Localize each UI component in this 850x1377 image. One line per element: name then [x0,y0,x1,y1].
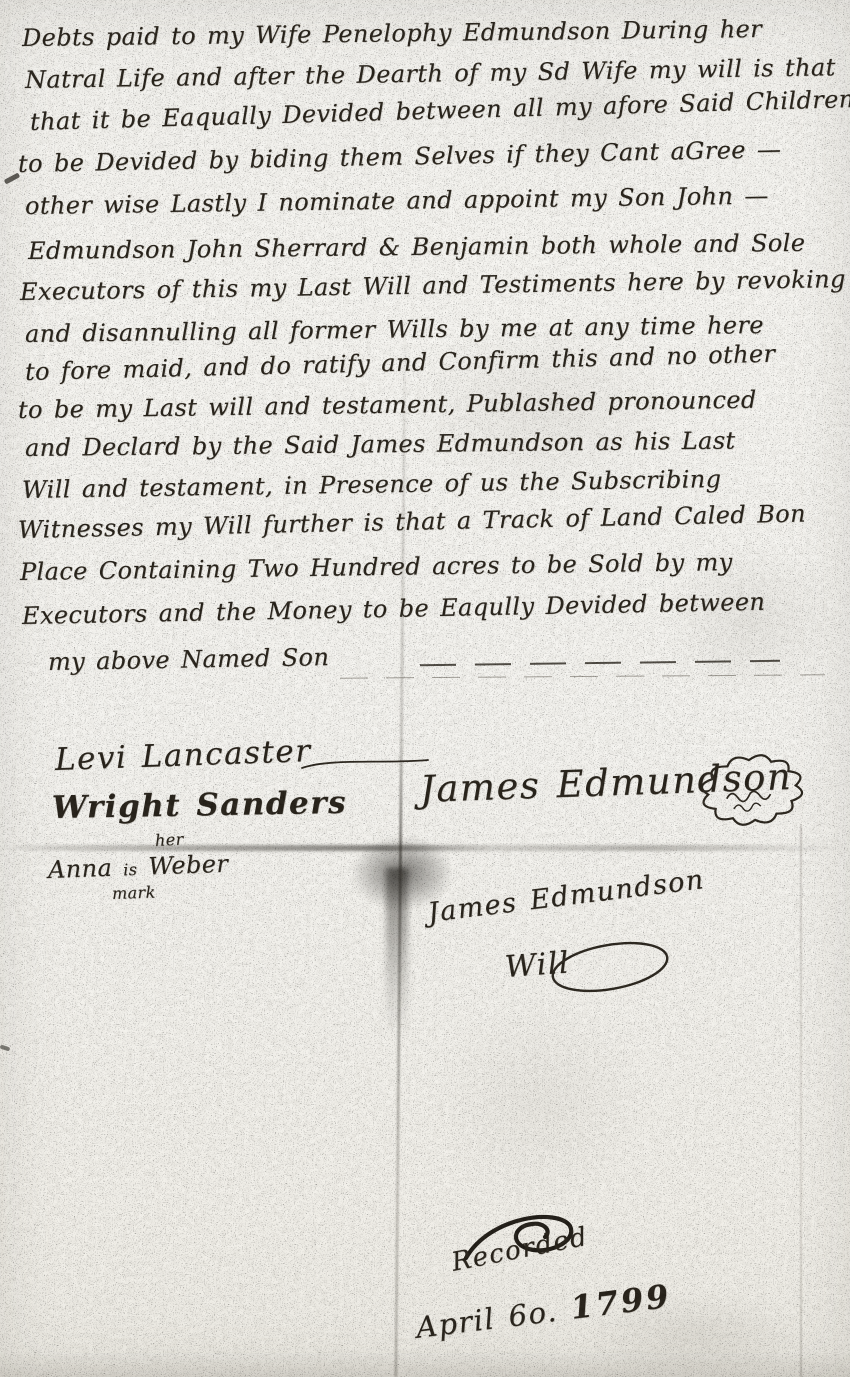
recorded-date: April 6o. 1799 [414,1277,674,1346]
will-body-line-16: my above Named Son [48,643,330,676]
recorded-date-month-day: April 6o. [414,1294,559,1345]
will-body-line-5: other wise Lastly I nominate and appoint… [25,182,769,220]
her-mark-label-top: her [155,830,185,850]
will-body-line-12: Will and testament, in Presence of us th… [22,465,722,504]
recorded-date-year: 1799 [569,1277,674,1327]
paper-stain [430,990,650,1210]
will-body-line-13: Witnesses my Will further is that a Trac… [18,499,806,543]
will-body-line-10: to be my Last will and testament, Publas… [18,386,757,424]
witness-signature-anna-weber: Anna is Weber [48,850,229,884]
horizontal-fold-crease [0,845,850,851]
will-body-line-4: to be Devided by biding them Selves if t… [18,135,782,178]
wax-seal-flourish-icon [698,750,806,830]
blank-fill-dash-rule-2 [340,674,825,678]
anna-last-name: Weber [148,850,229,881]
bottom-edge-shading [0,1350,850,1377]
signature-flourish-line-icon [300,756,430,772]
anna-mark-symbol: is [123,860,138,879]
will-body-line-14: Place Containing Two Hundred acres to be… [20,548,733,586]
witness-signature-levi-lancaster: Levi Lancaster [54,733,312,778]
vertical-smudge-streak [386,868,408,1038]
will-body-line-7: Executors of this my Last Will and Testi… [20,265,846,306]
will-document-page: Debts paid to my Wife Penelophy Edmundso… [0,0,850,1377]
will-body-line-1: Debts paid to my Wife Penelophy Edmundso… [22,15,762,52]
blank-fill-dash-rule [420,660,780,666]
will-body-line-3: that it be Eaqually Devided between all … [30,85,850,136]
edge-ink-mark [0,1045,10,1052]
will-body-line-6: Edmundson John Sherrard & Benjamin both … [28,229,806,265]
anna-first-name: Anna [48,854,113,884]
will-loop-flourish-icon [548,938,673,996]
will-body-line-11: and Declard by the Said James Edmundson … [25,427,736,462]
docket-name-james-edmundson: James Edmundson [426,864,706,929]
will-body-line-15: Executors and the Money to be Eaqully De… [22,588,766,630]
right-fold-crease [800,825,802,1377]
her-mark-label-bottom: mark [112,882,156,903]
witness-signature-wright-sanders: Wright Sanders [52,785,348,826]
